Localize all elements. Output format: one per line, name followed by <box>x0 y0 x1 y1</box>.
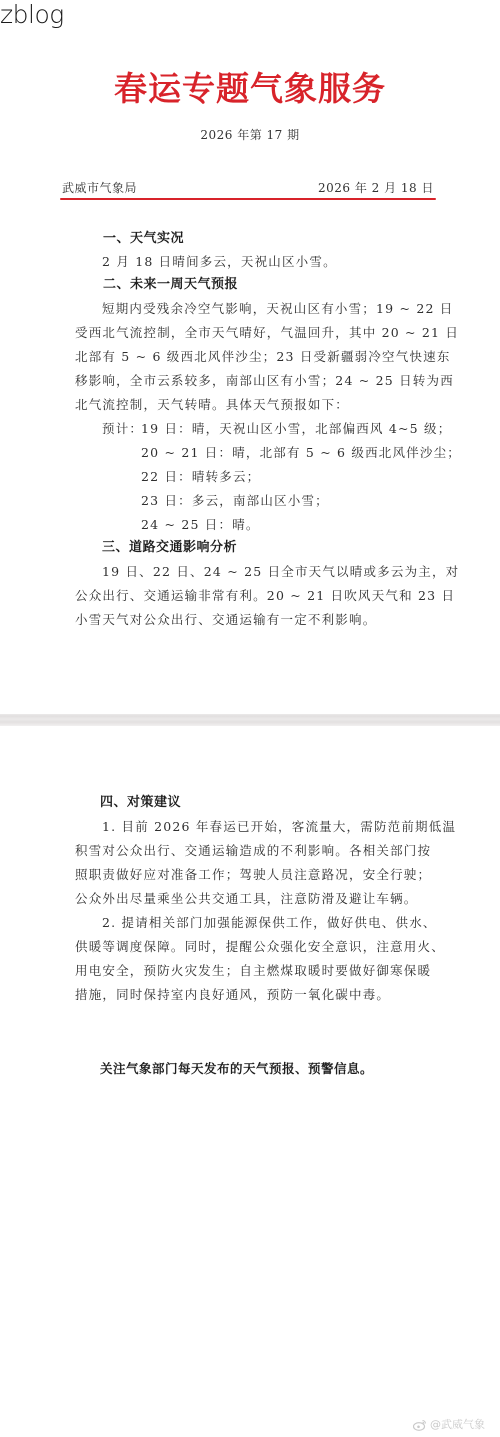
issuer-row: 武威市气象局 2026 年 2 月 18 日 <box>62 180 434 196</box>
section-heading-weekly-forecast: 二、未来一周天气预报 <box>103 276 238 294</box>
paragraph-line: 移影响，全市云系较多，南部山区有小雪；24 ~ 25 日转为西 <box>75 372 454 390</box>
watermark-text: @武威气象 <box>430 1418 485 1432</box>
paragraph-line: 北部有 5 ~ 6 级西北风伴沙尘；23 日受新疆弱冷空气快速东 <box>75 348 451 366</box>
document-page-1: 春运专题气象服务 2026 年第 17 期 武威市气象局 2026 年 2 月 … <box>0 30 500 714</box>
red-header-rule <box>60 198 436 200</box>
paragraph-line: 公众外出尽量乘坐公共交通工具，注意防滑及避让车辆。 <box>75 890 418 908</box>
paragraph-line: 短期内受残余冷空气影响，天祝山区有小雪；19 ~ 22 日 <box>102 300 454 318</box>
forecast-item: 22 日：晴转多云； <box>141 468 260 486</box>
forecast-item: 20 ~ 21 日：晴，北部有 5 ~ 6 级西北风伴沙尘； <box>141 444 461 462</box>
closing-note: 关注气象部门每天发布的天气预报、预警信息。 <box>100 1060 373 1078</box>
weibo-icon <box>413 1419 427 1431</box>
paragraph-line: 2 月 18 日晴间多云，天祝山区小雪。 <box>102 253 337 271</box>
paragraph-line: 积雪对公众出行、交通运输造成的不利影响。各相关部门按 <box>75 842 431 860</box>
paragraph-line: 北气流控制，天气转晴。具体天气预报如下： <box>75 396 349 414</box>
forecast-item: 19 日：晴，天祝山区小雪，北部偏西风 4~5 级； <box>141 420 451 438</box>
paragraph-line: 1. 目前 2026 年春运已开始，客流量大，需防范前期低温 <box>102 818 456 836</box>
section-heading-weather-status: 一、天气实况 <box>103 230 184 248</box>
document-page-2: 四、对策建议 1. 目前 2026 年春运已开始，客流量大，需防范前期低温 积雪… <box>0 726 500 1437</box>
paragraph-line: 公众出行、交通运输非常有利。20 ~ 21 日吹风天气和 23 日 <box>75 587 455 605</box>
forecast-label: 预计： <box>102 420 143 438</box>
forecast-item: 23 日：多云，南部山区小雪； <box>141 492 329 510</box>
forecast-item: 24 ~ 25 日：晴。 <box>141 516 260 534</box>
paragraph-line: 供暖等调度保障。同时，提醒公众强化安全意识，注意用火、 <box>75 938 445 956</box>
section-heading-traffic-impact: 三、道路交通影响分析 <box>102 539 237 557</box>
weibo-watermark: @武威气象 <box>413 1418 485 1432</box>
site-label: zblog <box>0 0 64 30</box>
paragraph-line: 照职责做好应对准备工作；驾驶人员注意路况，安全行驶； <box>75 866 431 884</box>
section-heading-recommendations: 四、对策建议 <box>100 794 181 812</box>
paragraph-line: 受西北气流控制，全市天气晴好，气温回升，其中 20 ~ 21 日 <box>75 324 459 342</box>
issue-date: 2026 年 2 月 18 日 <box>318 180 434 196</box>
paragraph-line: 用电安全，预防火灾发生；自主燃煤取暖时要做好御寒保暖 <box>75 962 431 980</box>
paragraph-line: 措施，同时保持室内良好通风，预防一氧化碳中毒。 <box>75 986 390 1004</box>
paragraph-line: 小雪天气对公众出行、交通运输有一定不利影响。 <box>75 611 376 629</box>
page-separator <box>0 714 500 726</box>
paragraph-line: 19 日、22 日、24 ~ 25 日全市天气以晴或多云为主，对 <box>102 563 459 581</box>
paragraph-line: 2. 提请相关部门加强能源保供工作，做好供电、供水、 <box>102 914 437 932</box>
issue-number: 2026 年第 17 期 <box>0 127 500 143</box>
document-title: 春运专题气象服务 <box>0 68 500 110</box>
issuer-name: 武威市气象局 <box>62 180 137 196</box>
